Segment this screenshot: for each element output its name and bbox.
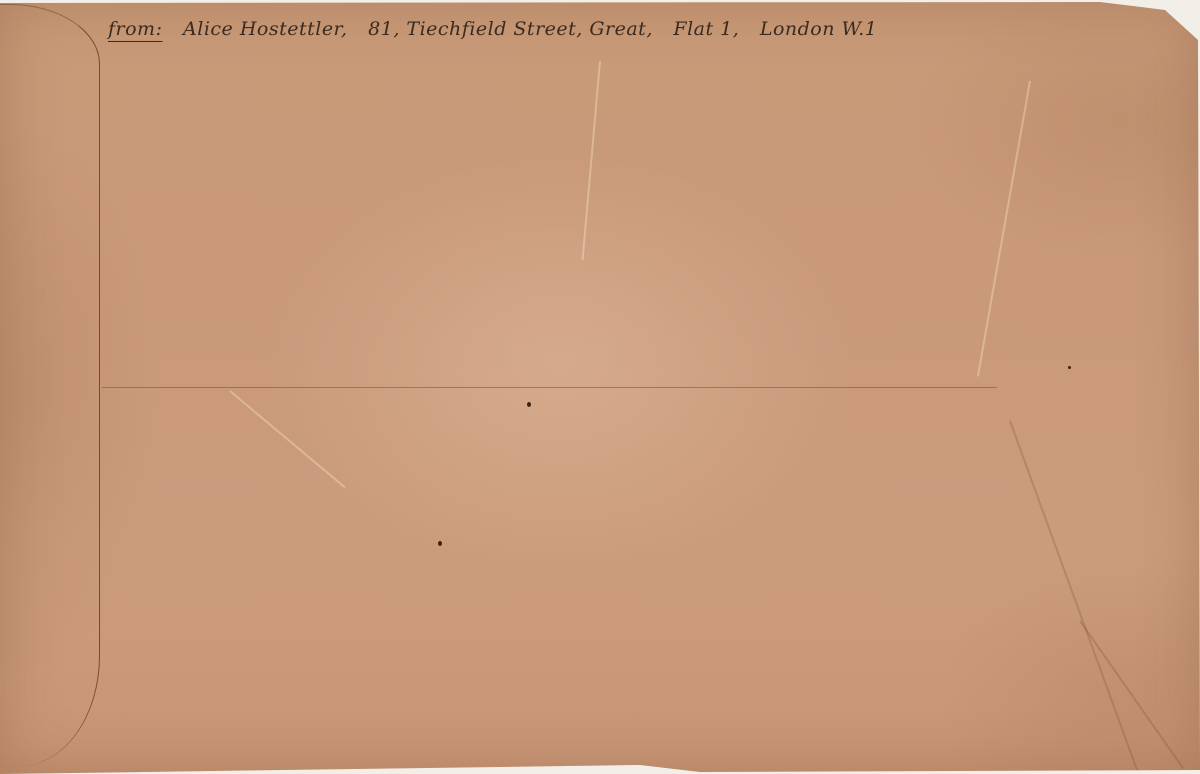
sender-city: London W.1: [760, 18, 878, 40]
paper-crease: [1079, 620, 1184, 769]
paper-crease: [582, 61, 601, 260]
paper-crease: [229, 390, 345, 488]
sender-name: Alice Hostettler,: [183, 18, 348, 40]
envelope-flap-edge: [0, 4, 100, 766]
sender-flat: Flat 1,: [673, 18, 739, 40]
paper-crease: [1009, 421, 1141, 774]
from-label: from:: [108, 18, 162, 40]
paper-crease: [977, 81, 1031, 377]
ink-speck: [527, 402, 531, 407]
ink-speck: [1068, 366, 1071, 369]
envelope-back: from: Alice Hostettler, 81, Tiechfield S…: [0, 0, 1200, 774]
envelope-seam: [102, 387, 997, 388]
ink-speck: [438, 541, 442, 546]
sender-street: 81, Tiechfield Street, Great,: [368, 18, 653, 40]
sender-address: from: Alice Hostettler, 81, Tiechfield S…: [108, 18, 891, 40]
